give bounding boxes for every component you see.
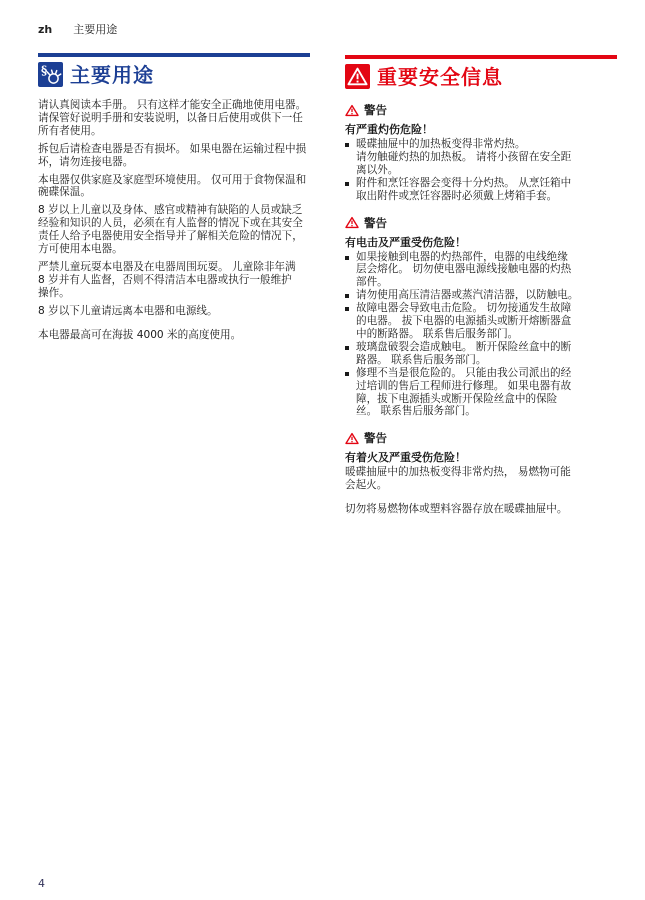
safety-title: 重要安全信息: [377, 67, 503, 87]
bullet-item: 如果接触到电器的灼热部件，电器的电线绝缘 层会熔化。 切勿使电器电源线接触电器的…: [345, 251, 621, 290]
bullet-marker: [345, 138, 356, 147]
red-section-rule: [345, 55, 617, 59]
warning-word: 警告: [364, 215, 387, 231]
warning-block-electric-shock: 警告 有电击及严重受伤危险！ 如果接触到电器的灼热部件，电器的电线绝缘 层会熔化…: [345, 215, 621, 419]
bullet-text: 请勿使用高压清洁器或蒸汽清洁器，以防触电。: [356, 289, 621, 302]
bullet-marker: [345, 289, 356, 298]
warning-label-row: 警告: [345, 215, 621, 231]
paragraph: 拆包后请检查电器是否有损坏。 如果电器在运输过程中损 坏，请勿连接电器。: [38, 143, 314, 169]
warning-triangle-icon: [345, 432, 359, 445]
paragraph: 本电器仅供家庭及家庭型环境使用。 仅可用于食物保温和 碗碟保温。: [38, 174, 314, 200]
intended-use-body: 请认真阅读本手册。 只有这样才能安全正确地使用电器。 请保管好说明手册和安装说明…: [38, 99, 314, 342]
warning-word: 警告: [364, 430, 387, 446]
page-footer: 4: [38, 877, 45, 890]
hazard-title: 有着火及严重受伤危险！: [345, 449, 621, 465]
bullet-text: 附件和烹饪容器会变得十分灼热。 从烹饪箱中 取出附件或烹饪容器时必须戴上烤箱手套…: [356, 177, 621, 203]
bullet-item: 玻璃盘破裂会造成触电。 断开保险丝盒中的断 路器。 联系售后服务部门。: [345, 341, 621, 367]
paragraph: 8 岁以上儿童以及身体、感官或精神有缺陷的人员或缺乏 经验和知识的人员，必须在有…: [38, 204, 314, 256]
bullet-item: 故障电器会导致电击危险。 切勿接通发生故障 的电器。 拔下电器的电源插头或断开熔…: [345, 302, 621, 341]
bullet-item: 附件和烹饪容器会变得十分灼热。 从烹饪箱中 取出附件或烹饪容器时必须戴上烤箱手套…: [345, 177, 621, 203]
warning-triangle-icon: [345, 216, 359, 229]
bullet-text: 故障电器会导致电击危险。 切勿接通发生故障 的电器。 拔下电器的电源插头或断开熔…: [356, 302, 621, 341]
warning-block-fire: 警告 有着火及严重受伤危险！ 暖碟抽屉中的加热板变得非常灼热， 易燃物可能 会起…: [345, 430, 621, 516]
bullet-marker: [345, 341, 356, 350]
bullet-text: 修理不当是很危险的。 只能由我公司派出的经 过培训的售后工程师进行修理。 如果电…: [356, 367, 621, 419]
svg-text:§: §: [41, 64, 47, 78]
bullet-marker: [345, 177, 356, 186]
hazard-title: 有电击及严重受伤危险！: [345, 234, 621, 250]
warning-block-burns: 警告 有严重灼伤危险！ 暖碟抽屉中的加热板变得非常灼热。 请勿触碰灼热的加热板。…: [345, 102, 621, 203]
running-header: zh主要用途: [38, 21, 117, 37]
intended-use-title-row: § 主要用途: [38, 61, 314, 88]
manual-page: zh主要用途 § 主要用途 请认真阅读本手册。 只有这样才能安全正确地使用电器。…: [0, 0, 645, 900]
bullet-text: 如果接触到电器的灼热部件，电器的电线绝缘 层会熔化。 切勿使电器电源线接触电器的…: [356, 251, 621, 290]
paragraph: 严禁儿童玩耍本电器及在电器周围玩耍。 儿童除非年满 8 岁并有人监督，否则不得清…: [38, 261, 314, 300]
warning-square-icon: [345, 64, 370, 89]
hazard-bullet-list: 暖碟抽屉中的加热板变得非常灼热。 请勿触碰灼热的加热板。 请将小孩留在安全距 离…: [345, 138, 621, 203]
blue-section-rule: [38, 53, 310, 57]
paragraph: 请认真阅读本手册。 只有这样才能安全正确地使用电器。 请保管好说明手册和安装说明…: [38, 99, 314, 138]
hazard-paragraph: 暖碟抽屉中的加热板变得非常灼热， 易燃物可能 会起火。: [345, 466, 621, 492]
hazard-title: 有严重灼伤危险！: [345, 121, 621, 137]
language-code: zh: [38, 23, 52, 36]
hazard-paragraph: 切勿将易燃物体或塑料容器存放在暖碟抽屉中。: [345, 503, 621, 516]
page-number: 4: [38, 877, 45, 890]
safety-title-row: 重要安全信息: [345, 63, 621, 90]
bullet-item: 请勿使用高压清洁器或蒸汽清洁器，以防触电。: [345, 289, 621, 302]
running-header-section: 主要用途: [73, 23, 117, 36]
bullet-item: 修理不当是很危险的。 只能由我公司派出的经 过培训的售后工程师进行修理。 如果电…: [345, 367, 621, 419]
intended-use-title: 主要用途: [70, 65, 154, 85]
warning-triangle-icon: [345, 104, 359, 117]
intended-use-section: § 主要用途 请认真阅读本手册。 只有这样才能安全正确地使用电器。 请保管好说明…: [38, 53, 314, 347]
warning-label-row: 警告: [345, 102, 621, 118]
paragraph: 8 岁以下儿童请远离本电器和电源线。: [38, 305, 314, 318]
paragraph: 本电器最高可在海拔 4000 米的高度使用。: [38, 329, 314, 342]
bullet-marker: [345, 302, 356, 311]
bullet-text: 暖碟抽屉中的加热板变得非常灼热。 请勿触碰灼热的加热板。 请将小孩留在安全距 离…: [356, 138, 621, 177]
safety-section: 重要安全信息 警告 有严重灼伤危险！ 暖碟抽屉中的加热板变得非常灼热。 请勿触碰…: [345, 55, 621, 521]
hazard-bullet-list: 如果接触到电器的灼热部件，电器的电线绝缘 层会熔化。 切勿使电器电源线接触电器的…: [345, 251, 621, 419]
warning-label-row: 警告: [345, 430, 621, 446]
bullet-marker: [345, 251, 356, 260]
bullet-marker: [345, 367, 356, 376]
bullet-item: 暖碟抽屉中的加热板变得非常灼热。 请勿触碰灼热的加热板。 请将小孩留在安全距 离…: [345, 138, 621, 177]
warning-word: 警告: [364, 102, 387, 118]
bullet-text: 玻璃盘破裂会造成触电。 断开保险丝盒中的断 路器。 联系售后服务部门。: [356, 341, 621, 367]
intended-use-icon: §: [38, 62, 63, 87]
